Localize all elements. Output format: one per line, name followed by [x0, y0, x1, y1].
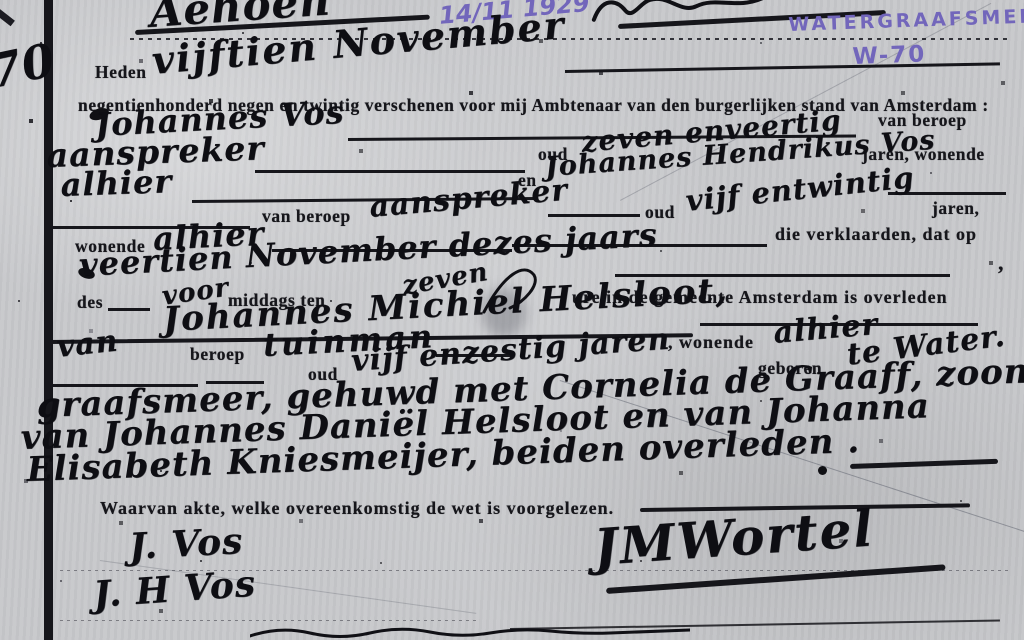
paper-speckles: [0, 0, 2, 2]
blank-line: [255, 170, 525, 173]
ink-dot: [818, 466, 827, 475]
hw-declarant1-residence: alhier: [60, 162, 173, 204]
faint-guide-line: [60, 620, 480, 621]
signature-witness1: J. Vos: [128, 520, 244, 568]
signature-registrar: JMWortel: [592, 498, 876, 576]
handwriting-fragment-bottom: [250, 624, 690, 640]
printed-closing: Waarvan akte, welke overeenkomstig de we…: [100, 498, 614, 519]
printed-verklaarden: die verklaarden, dat op: [775, 224, 977, 245]
printed-van-beroep-2: van beroep: [262, 206, 351, 227]
hw-van: van: [55, 324, 120, 365]
printed-des: des: [77, 292, 103, 313]
district-annotation: WATERGRAAFSMEER: [788, 5, 1024, 36]
margin-mark: [0, 6, 15, 26]
blank-line: [108, 308, 150, 311]
printed-jaren: jaren,: [932, 198, 980, 219]
blank-line: [565, 62, 1000, 73]
printed-comma: ,: [998, 250, 1004, 276]
printed-heden: Heden: [95, 62, 147, 83]
hw-declarant2-occupation: aanspreker: [368, 173, 569, 225]
printed-beroep: beroep: [190, 344, 245, 365]
form-border-line: [44, 0, 53, 640]
underline-flourish: [850, 459, 998, 469]
death-certificate-scan: 70 Aehoen 14/11 1929 WATERGRAAFSMEER W-7…: [0, 0, 1024, 640]
printed-wonende-2: , wonende: [668, 332, 754, 353]
